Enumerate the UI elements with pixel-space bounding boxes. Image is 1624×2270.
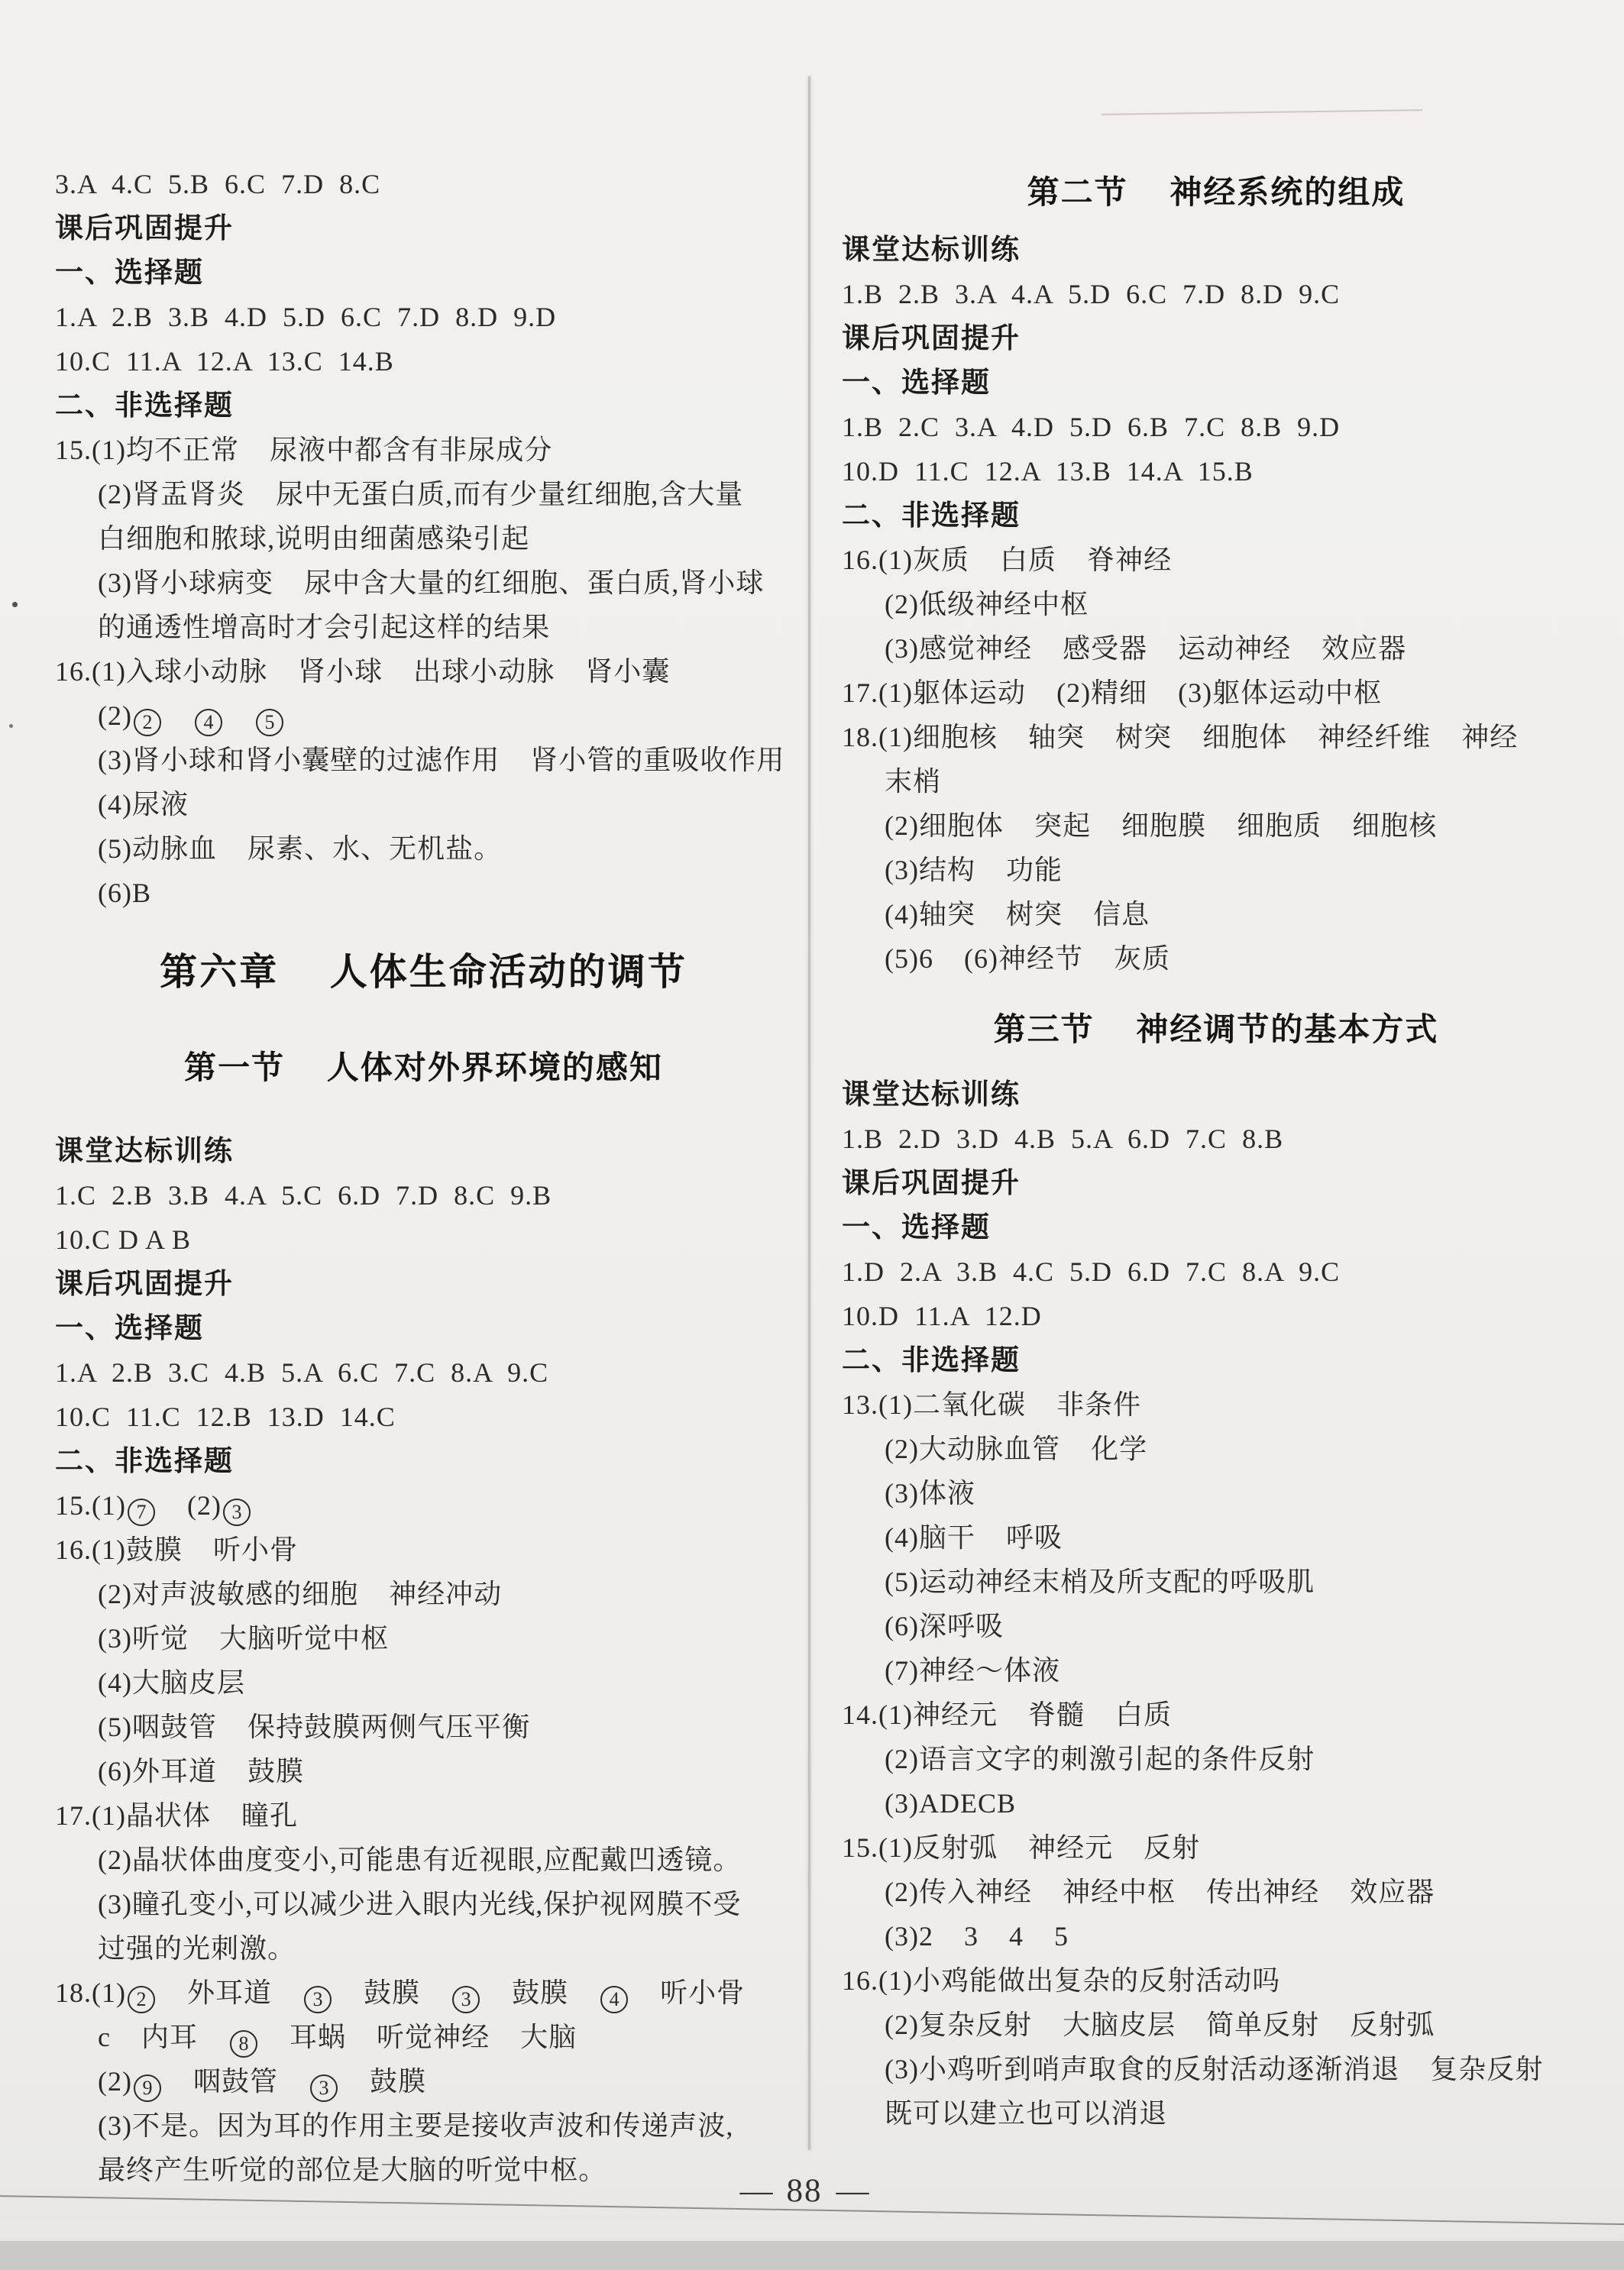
answer-line: (5)动脉血 尿素、水、无机盐。 [55, 826, 792, 871]
subsection-label: 课堂达标训练 [55, 1129, 792, 1173]
answer-line: 10.C 11.A 12.A 13.C 14.B [55, 339, 792, 383]
circled-number: 9 [134, 2074, 161, 2102]
answer-line: (6)深呼吸 [842, 1604, 1590, 1648]
answer-line: 10.C 11.C 12.B 13.D 14.C [55, 1395, 792, 1439]
answer-line: (3)感觉神经 感受器 运动神经 效应器 [842, 626, 1590, 671]
answer-line: 1.A 2.B 3.C 4.B 5.A 6.C 7.C 8.A 9.C [55, 1350, 792, 1395]
circled-number: 3 [452, 1986, 480, 2013]
page-footer: —88— [671, 2171, 938, 2211]
left-column: 3.A 4.C 5.B 6.C 7.D 8.C课后巩固提升一、选择题1.A 2.… [55, 162, 792, 2192]
answer-line: (5)运动神经末梢及所支配的呼吸肌 [842, 1560, 1590, 1604]
circled-number: 2 [134, 709, 161, 736]
section-heading: 第一节 人体对外界环境的感知 [55, 1014, 792, 1129]
answer-line: (5)咽鼓管 保持鼓膜两侧气压平衡 [55, 1705, 792, 1749]
answer-line: (4)大脑皮层 [55, 1660, 792, 1705]
answer-line: 16.(1)小鸡能做出复杂的反射活动吗 [842, 1958, 1590, 2003]
subsection-label: 二、非选择题 [842, 1338, 1590, 1382]
answer-line: 13.(1)二氧化碳 非条件 [842, 1382, 1590, 1427]
answer-line: 14.(1)神经元 脊髓 白质 [842, 1693, 1590, 1737]
answer-line: 过强的光刺激。 [55, 1926, 792, 1971]
scan-scratch-line [1102, 109, 1422, 115]
answer-line: (3)肾小球和肾小囊壁的过滤作用 肾小管的重吸收作用 [55, 738, 792, 782]
answer-line: 17.(1)晶状体 瞳孔 [55, 1793, 792, 1838]
answer-line: (2)低级神经中枢 [842, 582, 1590, 626]
answer-line: (4)尿液 [55, 782, 792, 826]
answer-line: (4)脑干 呼吸 [842, 1515, 1590, 1560]
subsection-label: 课后巩固提升 [55, 1262, 792, 1306]
section-heading: 第二节 神经系统的组成 [842, 162, 1590, 228]
answer-line: (4)轴突 树突 信息 [842, 892, 1590, 936]
circled-number: 3 [223, 1499, 251, 1526]
subsection-label: 课后巩固提升 [55, 206, 792, 251]
answer-line: (2)肾盂肾炎 尿中无蛋白质,而有少量红细胞,含大量 [55, 472, 792, 516]
answer-line: (3)体液 [842, 1471, 1590, 1515]
answer-line: (3)听觉 大脑听觉中枢 [55, 1616, 792, 1660]
answer-line: 15.(1)反射弧 神经元 反射 [842, 1825, 1590, 1870]
answer-line: (3)不是。因为耳的作用主要是接收声波和传递声波, [55, 2103, 792, 2148]
answer-line: 15.(1)均不正常 尿液中都含有非尿成分 [55, 428, 792, 472]
answer-line: 1.B 2.C 3.A 4.D 5.D 6.B 7.C 8.B 9.D [842, 405, 1590, 449]
answer-line: (5)6 (6)神经节 灰质 [842, 936, 1590, 981]
answer-line: 10.D 11.C 12.A 13.B 14.A 15.B [842, 449, 1590, 493]
subsection-label: 课堂达标训练 [842, 228, 1590, 272]
answer-line: 18.(1)细胞核 轴突 树突 细胞体 神经纤维 神经 [842, 715, 1590, 759]
footer-dash-left: — [740, 2173, 773, 2209]
answer-line: (2)9 咽鼓管 3 鼓膜 [55, 2059, 792, 2103]
answer-line: c 内耳 8 耳蜗 听觉神经 大脑 [55, 2015, 792, 2059]
subsection-label: 一、选择题 [842, 361, 1590, 405]
answer-line: (2)2 4 5 [55, 694, 792, 738]
subsection-label: 一、选择题 [842, 1205, 1590, 1250]
circled-number: 4 [600, 1986, 628, 2013]
answer-line: 1.A 2.B 3.B 4.D 5.D 6.C 7.D 8.D 9.D [55, 295, 792, 339]
answer-line: (2)细胞体 突起 细胞膜 细胞质 细胞核 [842, 804, 1590, 848]
chapter-heading: 第六章 人体生命活动的调节 [55, 915, 792, 1014]
page-number: 88 [787, 2173, 823, 2209]
answer-line: 1.D 2.A 3.B 4.C 5.D 6.D 7.C 8.A 9.C [842, 1250, 1590, 1294]
answer-line: (6)B [55, 871, 792, 915]
scan-speck [12, 602, 18, 607]
answer-line: 15.(1)7 (2)3 [55, 1483, 792, 1528]
footer-dash-right: — [836, 2173, 869, 2209]
answer-line: (3)2 3 4 5 [842, 1914, 1590, 1958]
answer-line: 既可以建立也可以消退 [842, 2091, 1590, 2136]
subsection-label: 课后巩固提升 [842, 316, 1590, 361]
answer-line: 16.(1)入球小动脉 肾小球 出球小动脉 肾小囊 [55, 649, 792, 694]
answer-line: 1.B 2.B 3.A 4.A 5.D 6.C 7.D 8.D 9.C [842, 272, 1590, 316]
scanned-answer-page: 3.A 4.C 5.B 6.C 7.D 8.C课后巩固提升一、选择题1.A 2.… [0, 0, 1624, 2270]
answer-line: 3.A 4.C 5.B 6.C 7.D 8.C [55, 162, 792, 206]
answer-line: (3)小鸡听到哨声取食的反射活动逐渐消退 复杂反射 [842, 2047, 1590, 2091]
circled-number: 5 [256, 709, 283, 736]
answer-line: 17.(1)躯体运动 (2)精细 (3)躯体运动中枢 [842, 671, 1590, 715]
subsection-label: 一、选择题 [55, 251, 792, 295]
answer-line: (2)对声波敏感的细胞 神经冲动 [55, 1572, 792, 1616]
subsection-label: 二、非选择题 [55, 383, 792, 428]
answer-line: (3)结构 功能 [842, 848, 1590, 892]
answer-line: (3)瞳孔变小,可以减少进入眼内光线,保护视网膜不受 [55, 1882, 792, 1926]
answer-line: (3)ADECB [842, 1781, 1590, 1825]
column-divider-line [808, 76, 810, 2150]
answer-line: 16.(1)鼓膜 听小骨 [55, 1528, 792, 1572]
answer-line: (7)神经～体液 [842, 1648, 1590, 1693]
answer-line: (3)肾小球病变 尿中含大量的红细胞、蛋白质,肾小球 [55, 561, 792, 605]
circled-number: 3 [304, 1986, 332, 2013]
circled-number: 4 [195, 709, 222, 736]
subsection-label: 课后巩固提升 [842, 1161, 1590, 1205]
answer-line: (2)大动脉血管 化学 [842, 1427, 1590, 1471]
circled-number: 3 [310, 2074, 338, 2102]
answer-line: 1.C 2.B 3.B 4.A 5.C 6.D 7.D 8.C 9.B [55, 1173, 792, 1217]
section-heading: 第三节 神经调节的基本方式 [842, 981, 1590, 1072]
circled-number: 8 [230, 2030, 257, 2058]
scan-speck [9, 724, 13, 728]
answer-line: 的通透性增高时才会引起这样的结果 [55, 605, 792, 649]
subsection-label: 一、选择题 [55, 1306, 792, 1350]
answer-line: (2)晶状体曲度变小,可能患有近视眼,应配戴凹透镜。 [55, 1838, 792, 1882]
answer-line: 末梢 [842, 759, 1590, 804]
circled-number: 2 [128, 1986, 155, 2013]
answer-line: 18.(1)2 外耳道 3 鼓膜 3 鼓膜 4 听小骨 [55, 1971, 792, 2015]
answer-line: (2)传入神经 神经中枢 传出神经 效应器 [842, 1870, 1590, 1914]
answer-line: (2)语言文字的刺激引起的条件反射 [842, 1737, 1590, 1781]
answer-line: (2)复杂反射 大脑皮层 简单反射 反射弧 [842, 2003, 1590, 2047]
subsection-label: 二、非选择题 [55, 1439, 792, 1483]
subsection-label: 课堂达标训练 [842, 1072, 1590, 1117]
answer-line: 10.D 11.A 12.D [842, 1294, 1590, 1338]
answer-line: 16.(1)灰质 白质 脊神经 [842, 538, 1590, 582]
circled-number: 7 [128, 1499, 155, 1526]
answer-line: (6)外耳道 鼓膜 [55, 1749, 792, 1793]
answer-line: 1.B 2.D 3.D 4.B 5.A 6.D 7.C 8.B [842, 1117, 1590, 1161]
scan-bottom-shadow [0, 2241, 1624, 2270]
answer-line: 10.C D A B [55, 1217, 792, 1262]
answer-line: 白细胞和脓球,说明由细菌感染引起 [55, 516, 792, 561]
right-column: 第二节 神经系统的组成课堂达标训练1.B 2.B 3.A 4.A 5.D 6.C… [842, 162, 1590, 2136]
subsection-label: 二、非选择题 [842, 493, 1590, 538]
